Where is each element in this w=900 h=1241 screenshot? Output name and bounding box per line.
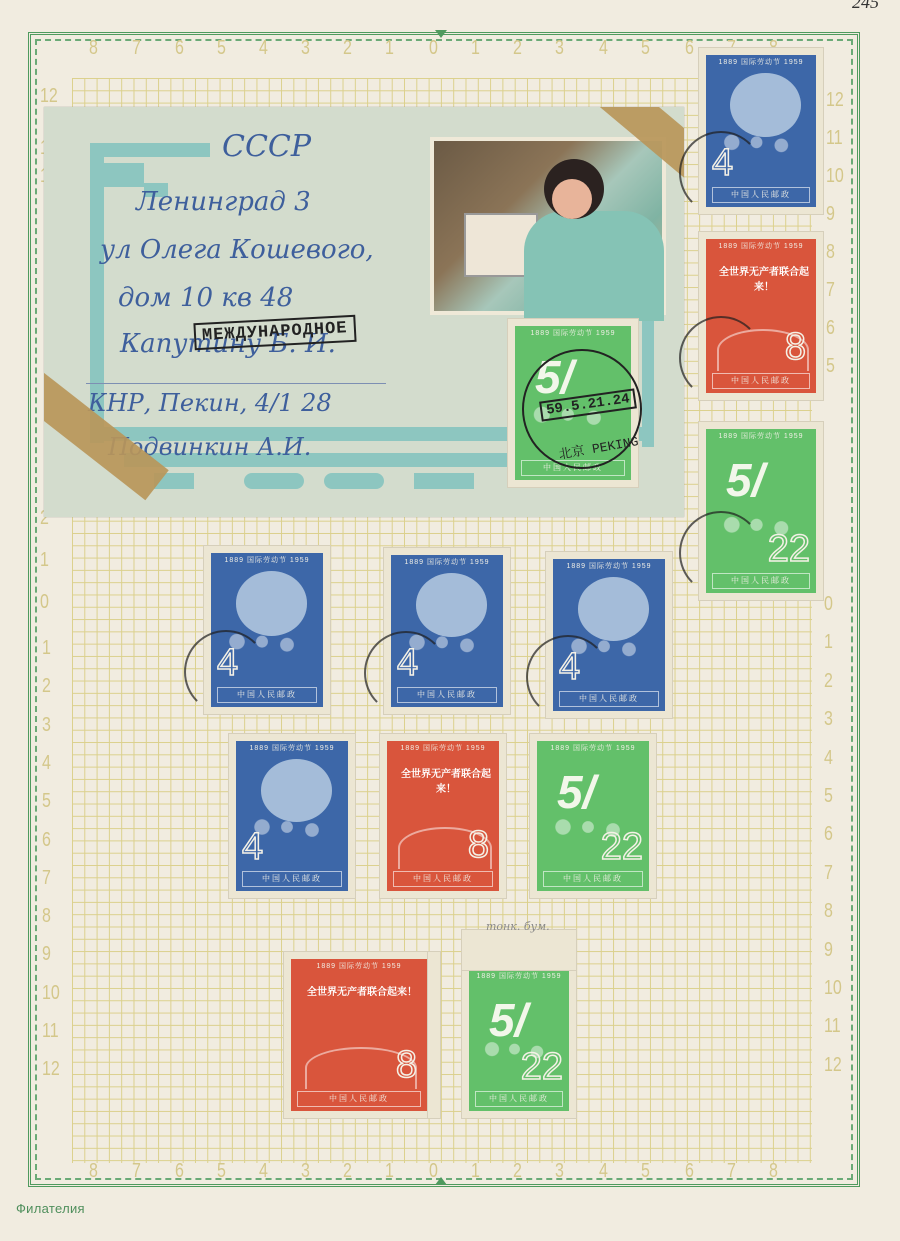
stamp-value: 8 — [785, 326, 806, 369]
photo-figure-face — [552, 179, 592, 219]
postal-cover[interactable]: СССР Ленинград 3 ул Олега Кошевого, дом … — [44, 107, 684, 517]
scale-number: 2 — [42, 676, 51, 699]
scale-number: 4 — [599, 38, 608, 61]
page-number: 245 — [852, 0, 879, 13]
cancellation-mark — [364, 631, 448, 715]
address-rule — [86, 383, 386, 384]
stamp-header: 1889 国际劳动节 1959 — [291, 961, 427, 971]
scale-number: 6 — [685, 38, 694, 61]
scale-number: 2 — [343, 38, 352, 61]
stamp-design: 1889 国际劳动节 1959全世界无产者联合起来！8中国人民邮政 — [291, 959, 427, 1111]
scale-number: 12 — [42, 1059, 60, 1082]
stamp-footer: 中国人民邮政 — [297, 1091, 421, 1107]
stamp-header: 1889 国际劳动节 1959 — [553, 561, 665, 571]
scale-number: 0 — [824, 594, 833, 617]
scale-number: 0 — [429, 1161, 438, 1184]
stamp-footer: 中国人民邮政 — [475, 1091, 563, 1107]
cancellation-mark — [679, 131, 763, 215]
cover-ornament — [324, 473, 384, 489]
scale-number: 5 — [641, 38, 650, 61]
scale-number: 5 — [824, 786, 833, 809]
scale-number: 0 — [429, 38, 438, 61]
scale-number: 7 — [824, 863, 833, 886]
scale-number: 3 — [555, 1161, 564, 1184]
address-line: дом 10 кв 48 — [118, 283, 293, 313]
stamp-row2-1[interactable]: 1889 国际劳动节 19594中国人民邮政 — [229, 734, 355, 898]
scale-number: 5 — [42, 791, 51, 814]
scale-number: 10 — [42, 982, 60, 1005]
stamp-design: 1889 国际劳动节 1959全世界无产者联合起来！8中国人民邮政 — [387, 741, 499, 891]
sheet-margin — [462, 930, 576, 970]
scale-number: 5 — [826, 356, 835, 379]
scale-number: 9 — [824, 939, 833, 962]
footer-label: Филателия — [16, 1201, 85, 1216]
stamp-design: 1889 国际劳动节 19595/22中国人民邮政 — [469, 969, 569, 1111]
scale-number: 1 — [471, 1161, 480, 1184]
scale-number: 7 — [132, 38, 141, 61]
scale-number: 5 — [217, 38, 226, 61]
scale-number: 10 — [824, 978, 842, 1001]
stamp-value: 22 — [521, 1046, 563, 1089]
cancellation-mark — [526, 635, 610, 719]
cover-photo — [430, 137, 666, 315]
stamp-header: 1889 国际劳动节 1959 — [469, 971, 569, 981]
scale-number: 1 — [385, 38, 394, 61]
stamp-header: 1889 国际劳动节 1959 — [706, 241, 816, 251]
stamp-motif-51: 5/ — [726, 453, 764, 507]
scale-number: 2 — [513, 1161, 522, 1184]
stamp-design: 1889 国际劳动节 19594中国人民邮政 — [236, 741, 348, 891]
postmark-date: 59.5.21.24 — [539, 388, 637, 421]
scale-number: 1 — [385, 1161, 394, 1184]
scale-number: 12 — [826, 90, 844, 113]
scale-number: 6 — [175, 38, 184, 61]
scale-number: 8 — [769, 1161, 778, 1184]
scale-number: 8 — [89, 38, 98, 61]
stamp-row2-2[interactable]: 1889 国际劳动节 1959全世界无产者联合起来！8中国人民邮政 — [380, 734, 506, 898]
scale-number: 11 — [826, 128, 843, 151]
stamp-right-3[interactable]: 1889 国际劳动节 19595/22中国人民邮政 — [699, 422, 823, 600]
address-line: СССР — [222, 129, 311, 164]
stamp-row3-2[interactable]: 1889 国际劳动节 19595/22中国人民邮政 — [462, 962, 576, 1118]
scale-number: 4 — [259, 38, 268, 61]
scale-number: 6 — [175, 1161, 184, 1184]
stamp-header: 1889 国际劳动节 1959 — [236, 743, 348, 753]
stamp-value: 22 — [601, 826, 643, 869]
photo-figure — [524, 211, 664, 321]
scale-number: 1 — [824, 632, 833, 655]
stamp-header: 1889 国际劳动节 1959 — [211, 555, 323, 565]
address-line: Ленинград 3 — [136, 187, 311, 217]
scale-number: 12 — [40, 86, 58, 109]
stamp-footer: 中国人民邮政 — [393, 871, 493, 887]
scale-number: 8 — [824, 901, 833, 924]
scale-number: 7 — [42, 868, 51, 891]
scale-number: 12 — [824, 1055, 842, 1078]
scale-number: 0 — [40, 592, 49, 615]
cover-ornament — [244, 473, 304, 489]
scale-number: 5 — [641, 1161, 650, 1184]
stamp-value: 8 — [468, 824, 489, 867]
scale-number: 3 — [301, 38, 310, 61]
stamp-value: 4 — [242, 826, 263, 869]
scale-number: 3 — [301, 1161, 310, 1184]
margin-note: тонк. бум. — [486, 920, 550, 933]
scale-number: 3 — [555, 38, 564, 61]
scale-number: 5 — [217, 1161, 226, 1184]
stamp-header: 1889 国际劳动节 1959 — [515, 328, 631, 338]
stamp-footer: 中国人民邮政 — [242, 871, 342, 887]
stamp-right-1[interactable]: 1889 国际劳动节 19594中国人民邮政 — [699, 48, 823, 214]
scale-number: 1 — [471, 38, 480, 61]
scale-number: 6 — [824, 824, 833, 847]
stamp-value: 8 — [396, 1044, 417, 1087]
stamp-right-2[interactable]: 1889 国际劳动节 1959全世界无产者联合起来！8中国人民邮政 — [699, 232, 823, 400]
stamp-slogan: 全世界无产者联合起来！ — [303, 983, 421, 998]
stamp-design: 1889 国际劳动节 19595/22中国人民邮政 — [537, 741, 649, 891]
scale-number: 1 — [42, 638, 51, 661]
cancellation-mark — [679, 316, 763, 400]
scale-number: 10 — [826, 166, 844, 189]
scale-number: 2 — [824, 671, 833, 694]
scale-number: 3 — [42, 714, 51, 737]
stamp-value: 22 — [768, 528, 810, 571]
scale-number: 1 — [40, 550, 49, 573]
stamp-header: 1889 国际劳动节 1959 — [537, 743, 649, 753]
scale-number: 4 — [824, 747, 833, 770]
scale-number: 7 — [727, 1161, 736, 1184]
scale-number: 8 — [42, 906, 51, 929]
sender-line: КНР, Пекин, 4/1 28 — [88, 389, 332, 417]
stamp-header: 1889 国际劳动节 1959 — [706, 431, 816, 441]
scale-number: 3 — [824, 709, 833, 732]
stamp-slogan: 全世界无产者联合起来！ — [399, 765, 493, 795]
stamp-header: 1889 国际劳动节 1959 — [387, 743, 499, 753]
stamp-row1-3[interactable]: 1889 国际劳动节 19594中国人民邮政 — [546, 552, 672, 718]
scale-number: 11 — [824, 1016, 841, 1039]
sheet-margin — [428, 952, 440, 1118]
scale-number: 6 — [685, 1161, 694, 1184]
scale-number: 7 — [132, 1161, 141, 1184]
address-line: ул Олега Кошевого, — [100, 235, 374, 265]
scale-number: 8 — [89, 1161, 98, 1184]
scale-number: 7 — [826, 280, 835, 303]
cover-ornament — [414, 473, 474, 489]
scale-number: 9 — [42, 944, 51, 967]
stamp-row3-1[interactable]: 1889 国际劳动节 1959全世界无产者联合起来！8中国人民邮政 — [284, 952, 434, 1118]
scale-number: 2 — [513, 38, 522, 61]
scale-number: 11 — [42, 1021, 59, 1044]
cover-ornament — [642, 317, 654, 447]
cancellation-mark — [184, 630, 268, 714]
stamp-slogan: 全世界无产者联合起来！ — [718, 263, 810, 293]
stamp-header: 1889 国际劳动节 1959 — [391, 557, 503, 567]
scale-number: 4 — [42, 753, 51, 776]
cancellation-mark — [679, 511, 763, 595]
scale-number: 6 — [826, 318, 835, 341]
cover-ornament — [104, 163, 144, 187]
scale-number: 6 — [42, 829, 51, 852]
stamp-header: 1889 国际劳动节 1959 — [706, 57, 816, 67]
scale-number: 9 — [826, 204, 835, 227]
stamp-footer: 中国人民邮政 — [543, 871, 643, 887]
scale-number: 8 — [826, 242, 835, 265]
cover-ornament — [90, 143, 210, 157]
stamp-row2-3[interactable]: 1889 国际劳动节 19595/22中国人民邮政 — [530, 734, 656, 898]
scale-number: 4 — [259, 1161, 268, 1184]
postmark: 59.5.21.24 北京 PEKING — [522, 349, 642, 469]
stamp-row1-2[interactable]: 1889 国际劳动节 19594中国人民邮政 — [384, 548, 510, 714]
stamp-row1-1[interactable]: 1889 国际劳动节 19594中国人民邮政 — [204, 546, 330, 714]
scale-number: 4 — [599, 1161, 608, 1184]
scale-number: 2 — [343, 1161, 352, 1184]
